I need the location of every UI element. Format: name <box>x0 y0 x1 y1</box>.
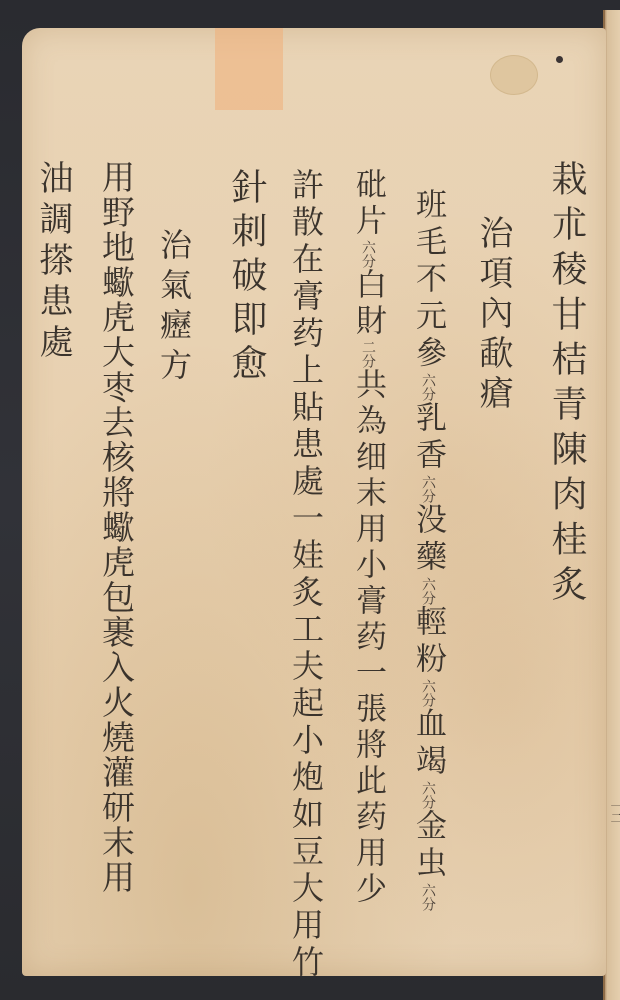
water-stain <box>490 55 538 95</box>
text-column-7: 治氣癧方 <box>158 228 190 388</box>
dosage-note: 六分 <box>420 475 436 503</box>
dosage-note: 六分 <box>420 373 436 401</box>
ingredient: 没藥 <box>410 503 446 577</box>
adjacent-page-text-fragment: 一二 <box>608 800 620 824</box>
red-seal-stamp <box>215 28 283 110</box>
dosage-note: 六分 <box>420 679 436 707</box>
ingredient: 乳香 <box>410 401 446 475</box>
ingredient: 班毛 <box>410 188 446 262</box>
adjacent-page-edge <box>604 10 620 1000</box>
ingredient: 金虫 <box>410 809 446 883</box>
recipe-heading: 治項內歃瘡 <box>473 215 513 415</box>
instruction-text: 油調搽患處 <box>33 160 73 365</box>
text-column-6: 針刺破即愈 <box>228 168 264 388</box>
ink-blot <box>556 56 563 63</box>
ingredient: 白財 <box>350 268 386 340</box>
text-column-4: 砒片六分白財二分共為细末用小膏药一張將此药用少 <box>352 168 383 908</box>
dosage-note: 二分 <box>360 340 376 368</box>
instruction-text: 用野地蠍虎大枣去核將蠍虎包裹入火燒灌研末用 <box>97 160 136 895</box>
ingredient: 輕粉 <box>410 605 446 679</box>
dosage-note: 六分 <box>360 240 376 268</box>
text-column-5: 許散在膏药上貼患處一娃炙工夫起小炮如豆大用竹 <box>290 168 322 982</box>
instruction-text: 針刺破即愈 <box>226 168 267 388</box>
dosage-note: 六分 <box>420 781 436 809</box>
text-column-9: 油調搽患處 <box>36 160 70 365</box>
recipe-heading: 治氣癧方 <box>155 228 193 388</box>
column-text: 栽朮稜甘桔青陳肉桂炙 <box>546 160 587 610</box>
ingredient: 砒片 <box>350 168 386 240</box>
text-column-3: 班毛不元參六分乳香六分没藥六分輕粉六分血竭六分金虫六分 <box>412 188 443 911</box>
text-column-1: 栽朮稜甘桔青陳肉桂炙 <box>548 160 584 610</box>
instruction-text: 共為细末用小膏药一張將此药用少 <box>350 368 386 908</box>
ingredient: 不元參 <box>410 262 446 373</box>
text-column-8: 用野地蠍虎大枣去核將蠍虎包裹入火燒灌研末用 <box>100 160 133 895</box>
ingredient: 血竭 <box>410 707 446 781</box>
instruction-text: 許散在膏药上貼患處一娃炙工夫起小炮如豆大用竹 <box>287 168 325 982</box>
dosage-note: 六分 <box>420 883 436 911</box>
dosage-note: 六分 <box>420 577 436 605</box>
text-column-2: 治項內歃瘡 <box>476 215 510 415</box>
